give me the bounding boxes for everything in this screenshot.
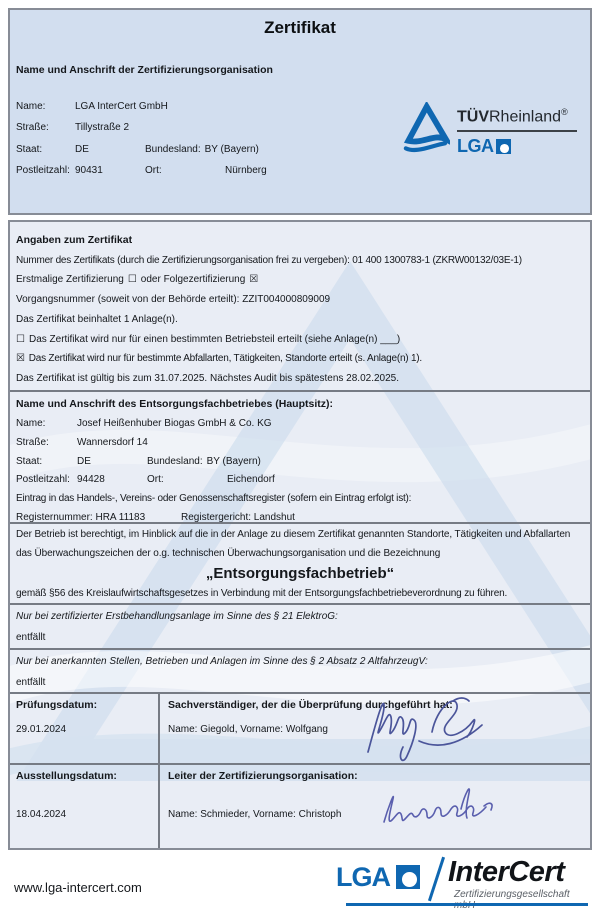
authorization-suffix: gemäß §56 des Kreislaufwirtschaftsgesetz… — [16, 584, 584, 603]
footer-slash-icon — [428, 857, 445, 902]
company-heading: Name und Anschrift des Entsorgungsfachbe… — [16, 394, 584, 415]
signature-schmieder-icon — [376, 780, 498, 834]
registered-mark: ® — [561, 107, 568, 117]
website-text: www.lga-intercert.com — [14, 880, 142, 895]
audit-date-label: Prüfungsdatum: — [16, 699, 152, 711]
company-state-value: BY (Bayern) — [207, 456, 261, 467]
certification-org-panel: Zertifikat Name und Anschrift der Zertif… — [8, 8, 592, 215]
certificate-page: Zertifikat Name und Anschrift der Zertif… — [0, 0, 600, 920]
org-name-row: Name:LGA InterCert GmbH — [16, 96, 267, 117]
lga-triangle-icon — [400, 102, 450, 158]
company-city-value: Eichendorf — [227, 474, 275, 485]
issue-leader-name: Name: Schmieder, Vorname: Christoph — [168, 809, 582, 820]
issue-date-cell: Ausstellungsdatum: 18.04.2024 — [10, 765, 160, 848]
checkbox-unchecked-icon: ☐ — [16, 334, 25, 345]
betriebsteil-line: ☐Das Zertifikat wird nur für einen besti… — [16, 330, 584, 350]
type-pre-text: Erstmalige Zertifizierung — [16, 274, 124, 285]
certificate-details-section: Angaben zum Zertifikat Nummer des Zertif… — [10, 222, 590, 390]
company-country-label: Staat: — [16, 453, 77, 472]
altfahrzeug-section: Nur bei anerkannten Stellen, Betrieben u… — [10, 648, 590, 692]
footer-blue-rule — [346, 903, 588, 906]
company-country-row: Staat:DEBundesland:BY (Bayern) — [16, 453, 584, 472]
lga-square-icon — [496, 139, 511, 154]
rheinland-text: Rheinland — [489, 108, 561, 125]
org-city-value: Nürnberg — [225, 165, 267, 176]
elektrog-label: Nur bei zertifizierter Erstbehandlungsan… — [16, 607, 584, 626]
issue-row: Ausstellungsdatum: 18.04.2024 Leiter der… — [10, 763, 590, 848]
audit-date-value: 29.01.2024 — [16, 724, 152, 735]
abfallarten-line: ☒Das Zertifikat wird nur für bestimmte A… — [16, 349, 584, 369]
company-street-value: Wannersdorf 14 — [77, 437, 148, 448]
authorization-text: Der Betrieb ist berechtigt, im Hinblick … — [16, 526, 584, 563]
company-zip-label: Postleitzahl: — [16, 471, 77, 490]
details-heading: Angaben zum Zertifikat — [16, 231, 584, 251]
certification-type-line: Erstmalige Zertifizierung☐oder Folgezert… — [16, 270, 584, 290]
footer-logo: LGA InterCert Zertifizierungsgesellschaf… — [336, 856, 588, 908]
authorization-section: Der Betrieb ist berechtigt, im Hinblick … — [10, 522, 590, 603]
org-state-label: Bundesland: — [145, 144, 201, 155]
register-line: Eintrag in das Handels-, Vereins- oder G… — [16, 490, 584, 509]
org-street-value: Tillystraße 2 — [75, 122, 129, 133]
type-mid-text: oder Folgezertifizierung — [141, 274, 246, 285]
footer-lga-text: LGA — [336, 862, 390, 893]
org-zip-label: Postleitzahl: — [16, 160, 75, 181]
issue-date-value: 18.04.2024 — [16, 809, 152, 820]
org-name-value: LGA InterCert GmbH — [75, 101, 168, 112]
entsorgungsfachbetrieb-quote: „Entsorgungsfachbetrieb“ — [16, 563, 584, 584]
company-city-label: Ort: — [147, 471, 227, 490]
elektrog-section: Nur bei zertifizierter Erstbehandlungsan… — [10, 603, 590, 648]
org-state-value: BY (Bayern) — [205, 144, 259, 155]
tuv-text: TÜV — [457, 108, 489, 125]
altfahrzeug-label: Nur bei anerkannten Stellen, Betrieben u… — [16, 652, 584, 671]
issue-date-label: Ausstellungsdatum: — [16, 770, 152, 782]
tuv-rheinland-wordmark: TÜVRheinland® — [457, 107, 568, 126]
betriebsteil-text: Das Zertifikat wird nur für einen bestim… — [29, 334, 400, 345]
lga-text: LGA — [457, 136, 494, 156]
issue-leader-label: Leiter der Zertifizierungsorganisation: — [168, 770, 582, 782]
company-section: Name und Anschrift des Entsorgungsfachbe… — [10, 390, 590, 522]
process-number-line: Vorgangsnummer (soweit von der Behörde e… — [16, 290, 584, 310]
org-address-rows: Name:LGA InterCert GmbH Straße:Tillystra… — [16, 96, 267, 182]
company-zip-value: 94428 — [77, 471, 147, 490]
checkbox-checked-icon: ☒ — [249, 274, 258, 285]
audit-date-cell: Prüfungsdatum: 29.01.2024 — [10, 694, 160, 763]
company-country-value: DE — [77, 453, 147, 472]
company-name-value: Josef Heißenhuber Biogas GmbH & Co. KG — [77, 418, 272, 429]
elektrog-value: entfällt — [16, 628, 584, 647]
org-section-heading: Name und Anschrift der Zertifizierungsor… — [16, 64, 273, 76]
altfahrzeug-value: entfällt — [16, 673, 584, 692]
company-state-label: Bundesland: — [147, 456, 203, 467]
audit-row: Prüfungsdatum: 29.01.2024 Sachverständig… — [10, 692, 590, 763]
company-name-row: Name:Josef Heißenhuber Biogas GmbH & Co.… — [16, 415, 584, 434]
company-zip-row: Postleitzahl:94428Ort:Eichendorf — [16, 471, 584, 490]
certificate-body-panel: Angaben zum Zertifikat Nummer des Zertif… — [8, 220, 592, 850]
company-name-label: Name: — [16, 415, 77, 434]
company-street-row: Straße:Wannersdorf 14 — [16, 434, 584, 453]
brand-divider-rule — [457, 130, 577, 132]
org-country-label: Staat: — [16, 139, 75, 160]
lga-wordmark: LGA — [457, 136, 511, 157]
org-street-label: Straße: — [16, 117, 75, 138]
org-country-value: DE — [75, 139, 145, 160]
org-zip-row: Postleitzahl:90431Ort:Nürnberg — [16, 160, 267, 181]
abfallarten-text: Das Zertifikat wird nur für bestimmte Ab… — [29, 353, 422, 364]
org-street-row: Straße:Tillystraße 2 — [16, 117, 267, 138]
certificate-number-line: Nummer des Zertifikats (durch die Zertif… — [16, 251, 584, 271]
signature-giegold-icon — [352, 680, 490, 764]
page-title: Zertifikat — [10, 18, 590, 38]
org-country-row: Staat:DEBundesland:BY (Bayern) — [16, 139, 267, 160]
checkbox-checked-icon: ☒ — [16, 353, 25, 364]
org-zip-value: 90431 — [75, 160, 145, 181]
footer-lga-square-icon — [396, 865, 420, 889]
footer-intercert-text: InterCert — [448, 856, 564, 889]
attachments-line: Das Zertifikat beinhaltet 1 Anlage(n). — [16, 310, 584, 330]
issue-leader-cell: Leiter der Zertifizierungsorganisation: … — [160, 765, 590, 848]
org-name-label: Name: — [16, 96, 75, 117]
company-street-label: Straße: — [16, 434, 77, 453]
validity-line: Das Zertifikat ist gültig bis zum 31.07.… — [16, 369, 584, 389]
org-city-label: Ort: — [145, 160, 225, 181]
checkbox-unchecked-icon: ☐ — [128, 274, 137, 285]
footer-subtitle: Zertifizierungsgesellschaft mbH — [454, 889, 588, 911]
